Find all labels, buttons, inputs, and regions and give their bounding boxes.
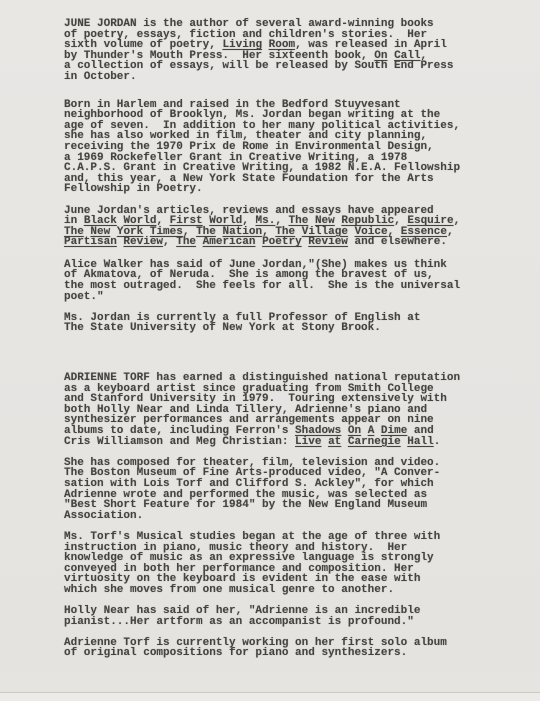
underlined-text: Partisan (64, 236, 117, 248)
paragraph-adrienne-torf-intro: ADRIENNE TORF has earned a distinguished… (64, 373, 520, 447)
underlined-text: Carnegie (348, 436, 401, 448)
scanned-page: JUNE JORDAN is the author of several awa… (0, 0, 540, 701)
text-line: albums to date, including Ferron's Shado… (64, 426, 520, 437)
text-line: Fellowship in Poetry. (64, 184, 520, 195)
underlined-text: at (328, 436, 341, 448)
text-line: of original compositions for piano and s… (64, 648, 520, 659)
text-line: sation with Lois Torf and Clifford S. Ac… (64, 479, 520, 490)
underlined-text: Hall (407, 436, 433, 448)
underlined-text: American (203, 236, 256, 248)
underlined-text: Review (308, 236, 348, 248)
text-line: poet." (64, 292, 520, 303)
paragraph-jordan-professor: Ms. Jordan is currently a full Professor… (64, 313, 520, 334)
paragraph-torf-studies: Ms. Torf's Musical studies began at the … (64, 532, 520, 596)
underlined-text: The (176, 236, 196, 248)
text-line: Cris Williamson and Meg Christian: Live … (64, 437, 520, 448)
paragraph-june-jordan-intro: JUNE JORDAN is the author of several awa… (64, 19, 520, 83)
text-line: The State University of New York at Ston… (64, 323, 520, 334)
text-line: which she moves from one musical genre t… (64, 585, 520, 596)
underlined-text: Poetry (262, 236, 302, 248)
document-text: JUNE JORDAN is the author of several awa… (64, 19, 520, 659)
text-line: pianist...Her artform as an accompanist … (64, 617, 520, 628)
paragraph-alice-walker-quote: Alice Walker has said of June Jordan,"(S… (64, 260, 520, 302)
underlined-text: Live (295, 436, 321, 448)
text-line: Partisan Review, The American Poetry Rev… (64, 237, 520, 248)
text-line: in October. (64, 72, 520, 83)
paragraph-jordan-publications: June Jordan's articles, reviews and essa… (64, 206, 520, 248)
paragraph-jordan-background: Born in Harlem and raised in the Bedford… (64, 100, 520, 195)
text-line: the most outraged. She feels for all. Sh… (64, 281, 520, 292)
underlined-text: Review (123, 236, 163, 248)
paragraph-torf-composing: She has composed for theater, film, tele… (64, 458, 520, 522)
paragraph-torf-solo-album: Adrienne Torf is currently working on he… (64, 638, 520, 659)
text-line: Ms. Torf's Musical studies began at the … (64, 532, 520, 543)
text-line: JUNE JORDAN is the author of several awa… (64, 19, 520, 30)
paper-bottom-edge (0, 692, 540, 701)
text-line: receiving the 1970 Prix de Rome in Envir… (64, 142, 520, 153)
paragraph-holly-near-quote: Holly Near has said of her, "Adrienne is… (64, 606, 520, 627)
text-line: Association. (64, 511, 520, 522)
